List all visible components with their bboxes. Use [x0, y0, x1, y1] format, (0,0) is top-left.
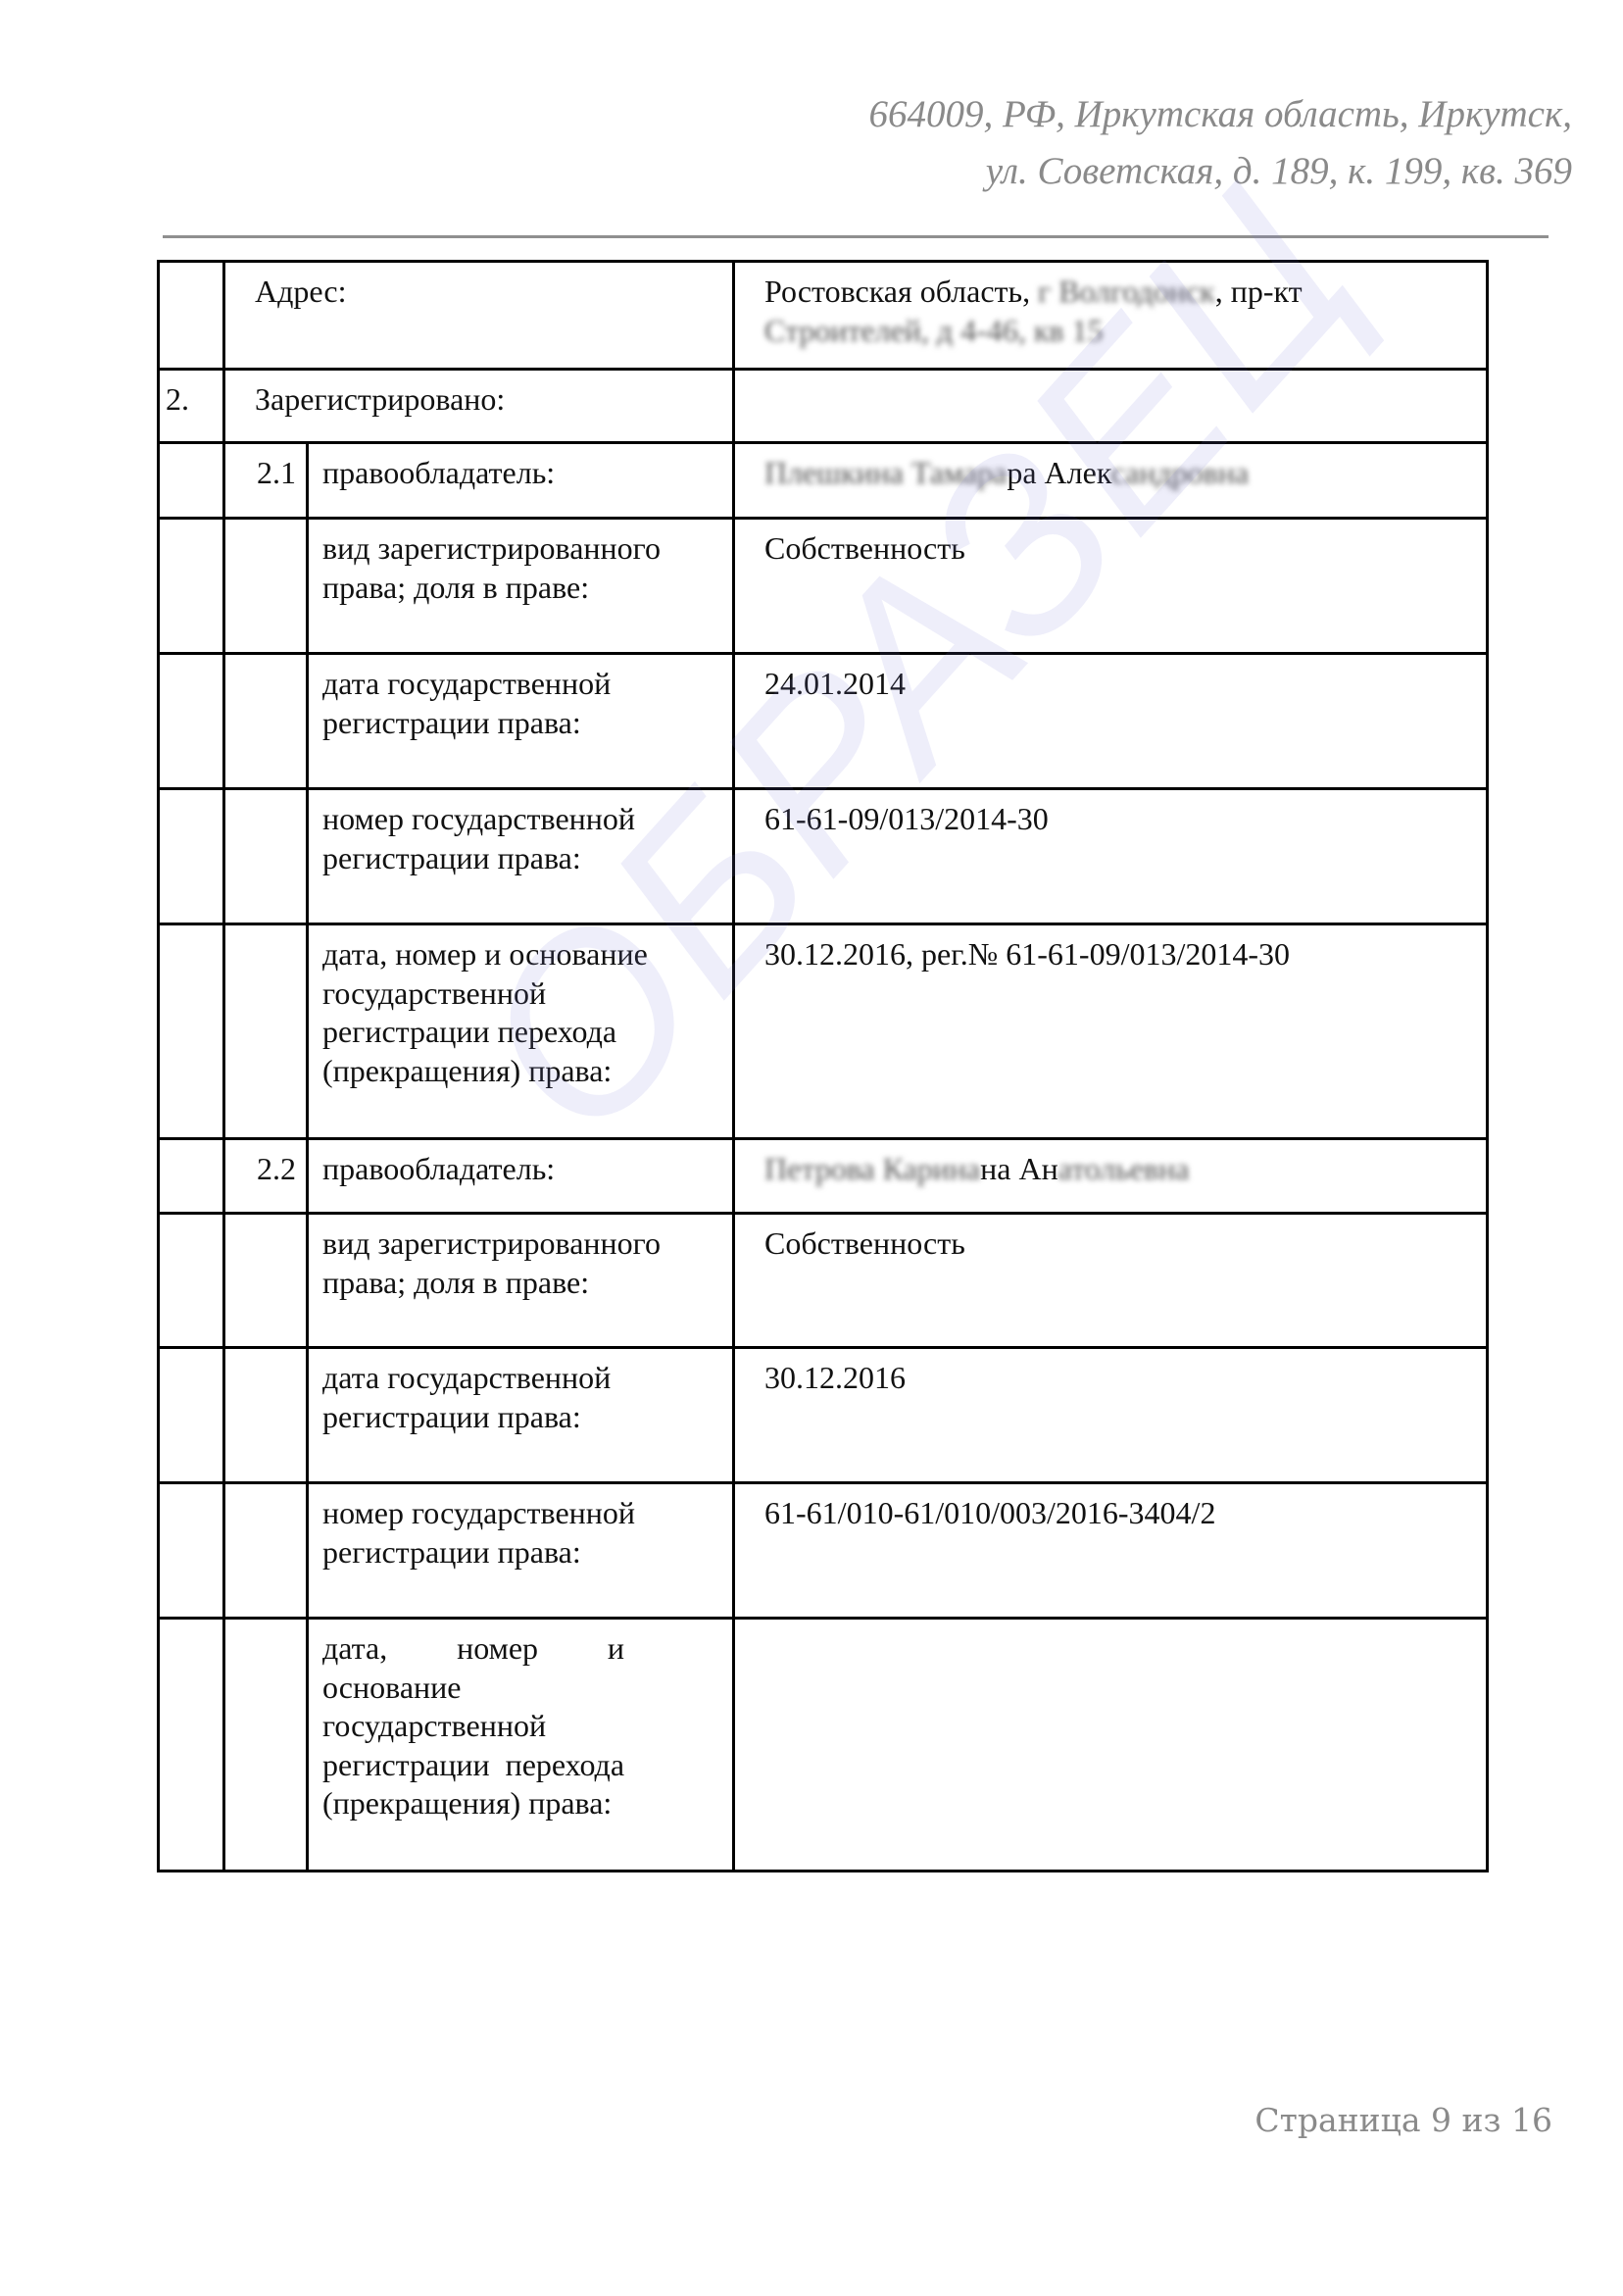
address-value: Ростовская область, г Волгодонск, пр-кт … — [734, 262, 1488, 370]
redacted-street: Строителей, д 4-46, кв 15 — [764, 313, 1104, 348]
header-divider — [163, 235, 1549, 238]
redacted-city: г Волгодонск — [1038, 274, 1215, 309]
section-number: 2. — [159, 370, 224, 443]
field-value: Собственность — [734, 1214, 1488, 1348]
field-value: 61-61/010-61/010/003/2016-3404/2 — [734, 1483, 1488, 1619]
cell-empty — [159, 1214, 224, 1348]
cell-empty — [224, 1348, 308, 1483]
field-value: Собственность — [734, 519, 1488, 654]
cell-empty — [224, 1214, 308, 1348]
table-row-field: дата государственной регистрации права: … — [159, 1348, 1488, 1483]
cell-empty — [224, 924, 308, 1139]
field-label: вид зарегистрированного права; доля в пр… — [308, 519, 734, 654]
address-suffix: , пр-кт — [1215, 274, 1303, 309]
redacted-name: Петрова Карина — [764, 1151, 980, 1186]
cell-empty — [159, 654, 224, 789]
page-number: Страница 9 из 16 — [1254, 2101, 1552, 2139]
header-address-line1: 664009, РФ, Иркутская область, Иркутск, — [868, 86, 1572, 143]
table-row-field: дата, номер и основание государственной … — [159, 924, 1488, 1139]
cell-empty — [159, 262, 224, 370]
table-row-field: номер государственной регистрации права:… — [159, 789, 1488, 924]
cell-empty — [159, 924, 224, 1139]
header-address-line2: ул. Советская, д. 189, к. 199, кв. 369 — [868, 143, 1572, 200]
table-row-field: вид зарегистрированного права; доля в пр… — [159, 1214, 1488, 1348]
table-row-holder: 2.2 правообладатель: Петрова Каринана Ан… — [159, 1139, 1488, 1214]
field-value: 30.12.2016, рег.№ 61-61-09/013/2014-30 — [734, 924, 1488, 1139]
table-row-field: дата, номер и основание государственной … — [159, 1619, 1488, 1872]
cell-empty — [224, 1619, 308, 1872]
field-label: дата государственной регистрации права: — [308, 654, 734, 789]
holder-number: 2.2 — [224, 1139, 308, 1214]
cell-empty — [159, 789, 224, 924]
cell-empty — [734, 370, 1488, 443]
field-label: вид зарегистрированного права; доля в пр… — [308, 1214, 734, 1348]
cell-empty — [159, 519, 224, 654]
cell-empty — [224, 1483, 308, 1619]
address-label: Адрес: — [224, 262, 734, 370]
field-value: 24.01.2014 — [734, 654, 1488, 789]
registration-table: Адрес: Ростовская область, г Волгодонск,… — [157, 260, 1489, 1872]
table-row-field: номер государственной регистрации права:… — [159, 1483, 1488, 1619]
holder-name: Петрова Каринана Анатольевна — [734, 1139, 1488, 1214]
holder-label: правообладатель: — [308, 1139, 734, 1214]
field-value: 30.12.2016 — [734, 1348, 1488, 1483]
holder-number: 2.1 — [224, 443, 308, 519]
holder-name: Плешкина Тамарара Александровна — [734, 443, 1488, 519]
table-row-address: Адрес: Ростовская область, г Волгодонск,… — [159, 262, 1488, 370]
cell-empty — [224, 789, 308, 924]
redacted-name: атольевна — [1058, 1151, 1190, 1186]
cell-empty — [159, 1483, 224, 1619]
cell-empty — [224, 654, 308, 789]
holder-label: правообладатель: — [308, 443, 734, 519]
header-address: 664009, РФ, Иркутская область, Иркутск, … — [868, 86, 1572, 200]
table-row-field: дата государственной регистрации права: … — [159, 654, 1488, 789]
field-value — [734, 1619, 1488, 1872]
field-label: дата государственной регистрации права: — [308, 1348, 734, 1483]
field-label: дата, номер и основание государственной … — [308, 924, 734, 1139]
holder-name-visible: на Ан — [980, 1151, 1058, 1186]
cell-empty — [159, 1619, 224, 1872]
redacted-name: сандровна — [1111, 455, 1250, 490]
address-prefix: Ростовская область, — [764, 274, 1038, 309]
cell-empty — [224, 519, 308, 654]
field-label: дата, номер и основание государственной … — [308, 1619, 734, 1872]
field-value: 61-61-09/013/2014-30 — [734, 789, 1488, 924]
field-label: номер государственной регистрации права: — [308, 1483, 734, 1619]
holder-name-visible: ра Алек — [1007, 455, 1110, 490]
table-row-field: вид зарегистрированного права; доля в пр… — [159, 519, 1488, 654]
field-label: номер государственной регистрации права: — [308, 789, 734, 924]
table-row-section: 2. Зарегистрировано: — [159, 370, 1488, 443]
cell-empty — [159, 1348, 224, 1483]
cell-empty — [159, 443, 224, 519]
redacted-name: Плешкина Тамара — [764, 455, 1007, 490]
table-row-holder: 2.1 правообладатель: Плешкина Тамарара А… — [159, 443, 1488, 519]
cell-empty — [159, 1139, 224, 1214]
section-label: Зарегистрировано: — [224, 370, 734, 443]
